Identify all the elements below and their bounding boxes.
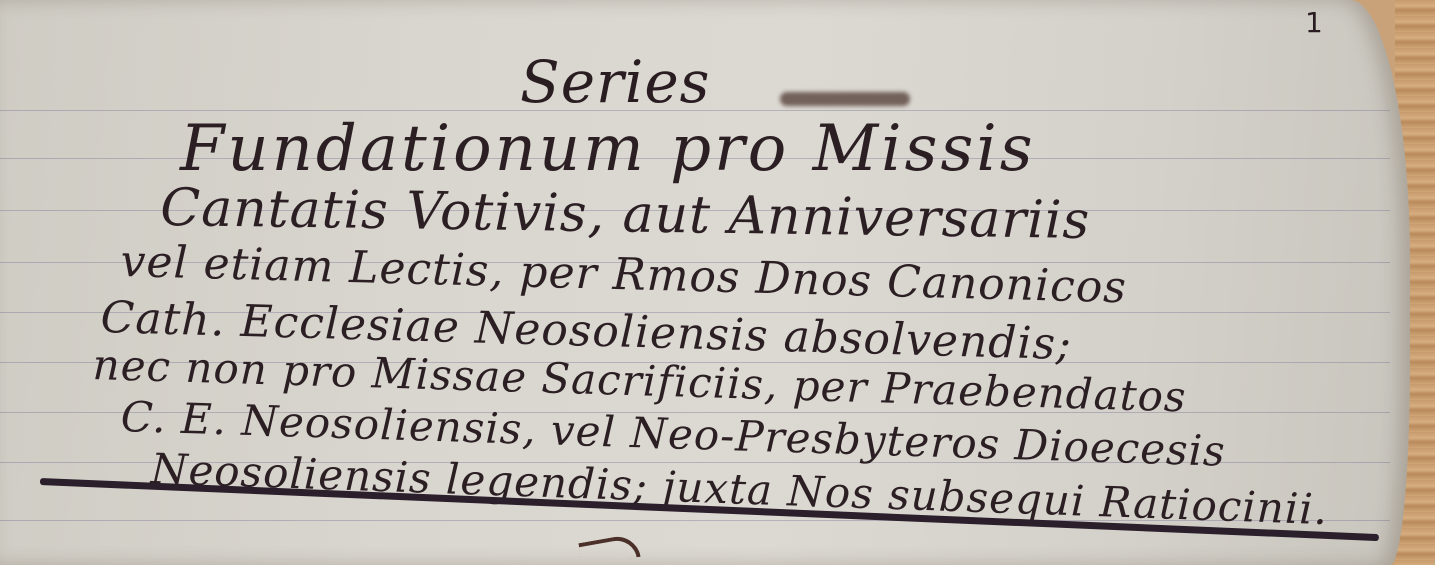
ink-smudge bbox=[780, 92, 910, 106]
manuscript-page: 1 Series Fundationum pro Missis Cantatis… bbox=[0, 0, 1410, 565]
next-line-ink-stroke bbox=[578, 533, 640, 565]
document-title: Series bbox=[520, 48, 710, 116]
page-number: 1 bbox=[1305, 6, 1323, 39]
text-line-1: Fundationum pro Missis bbox=[180, 112, 1036, 186]
